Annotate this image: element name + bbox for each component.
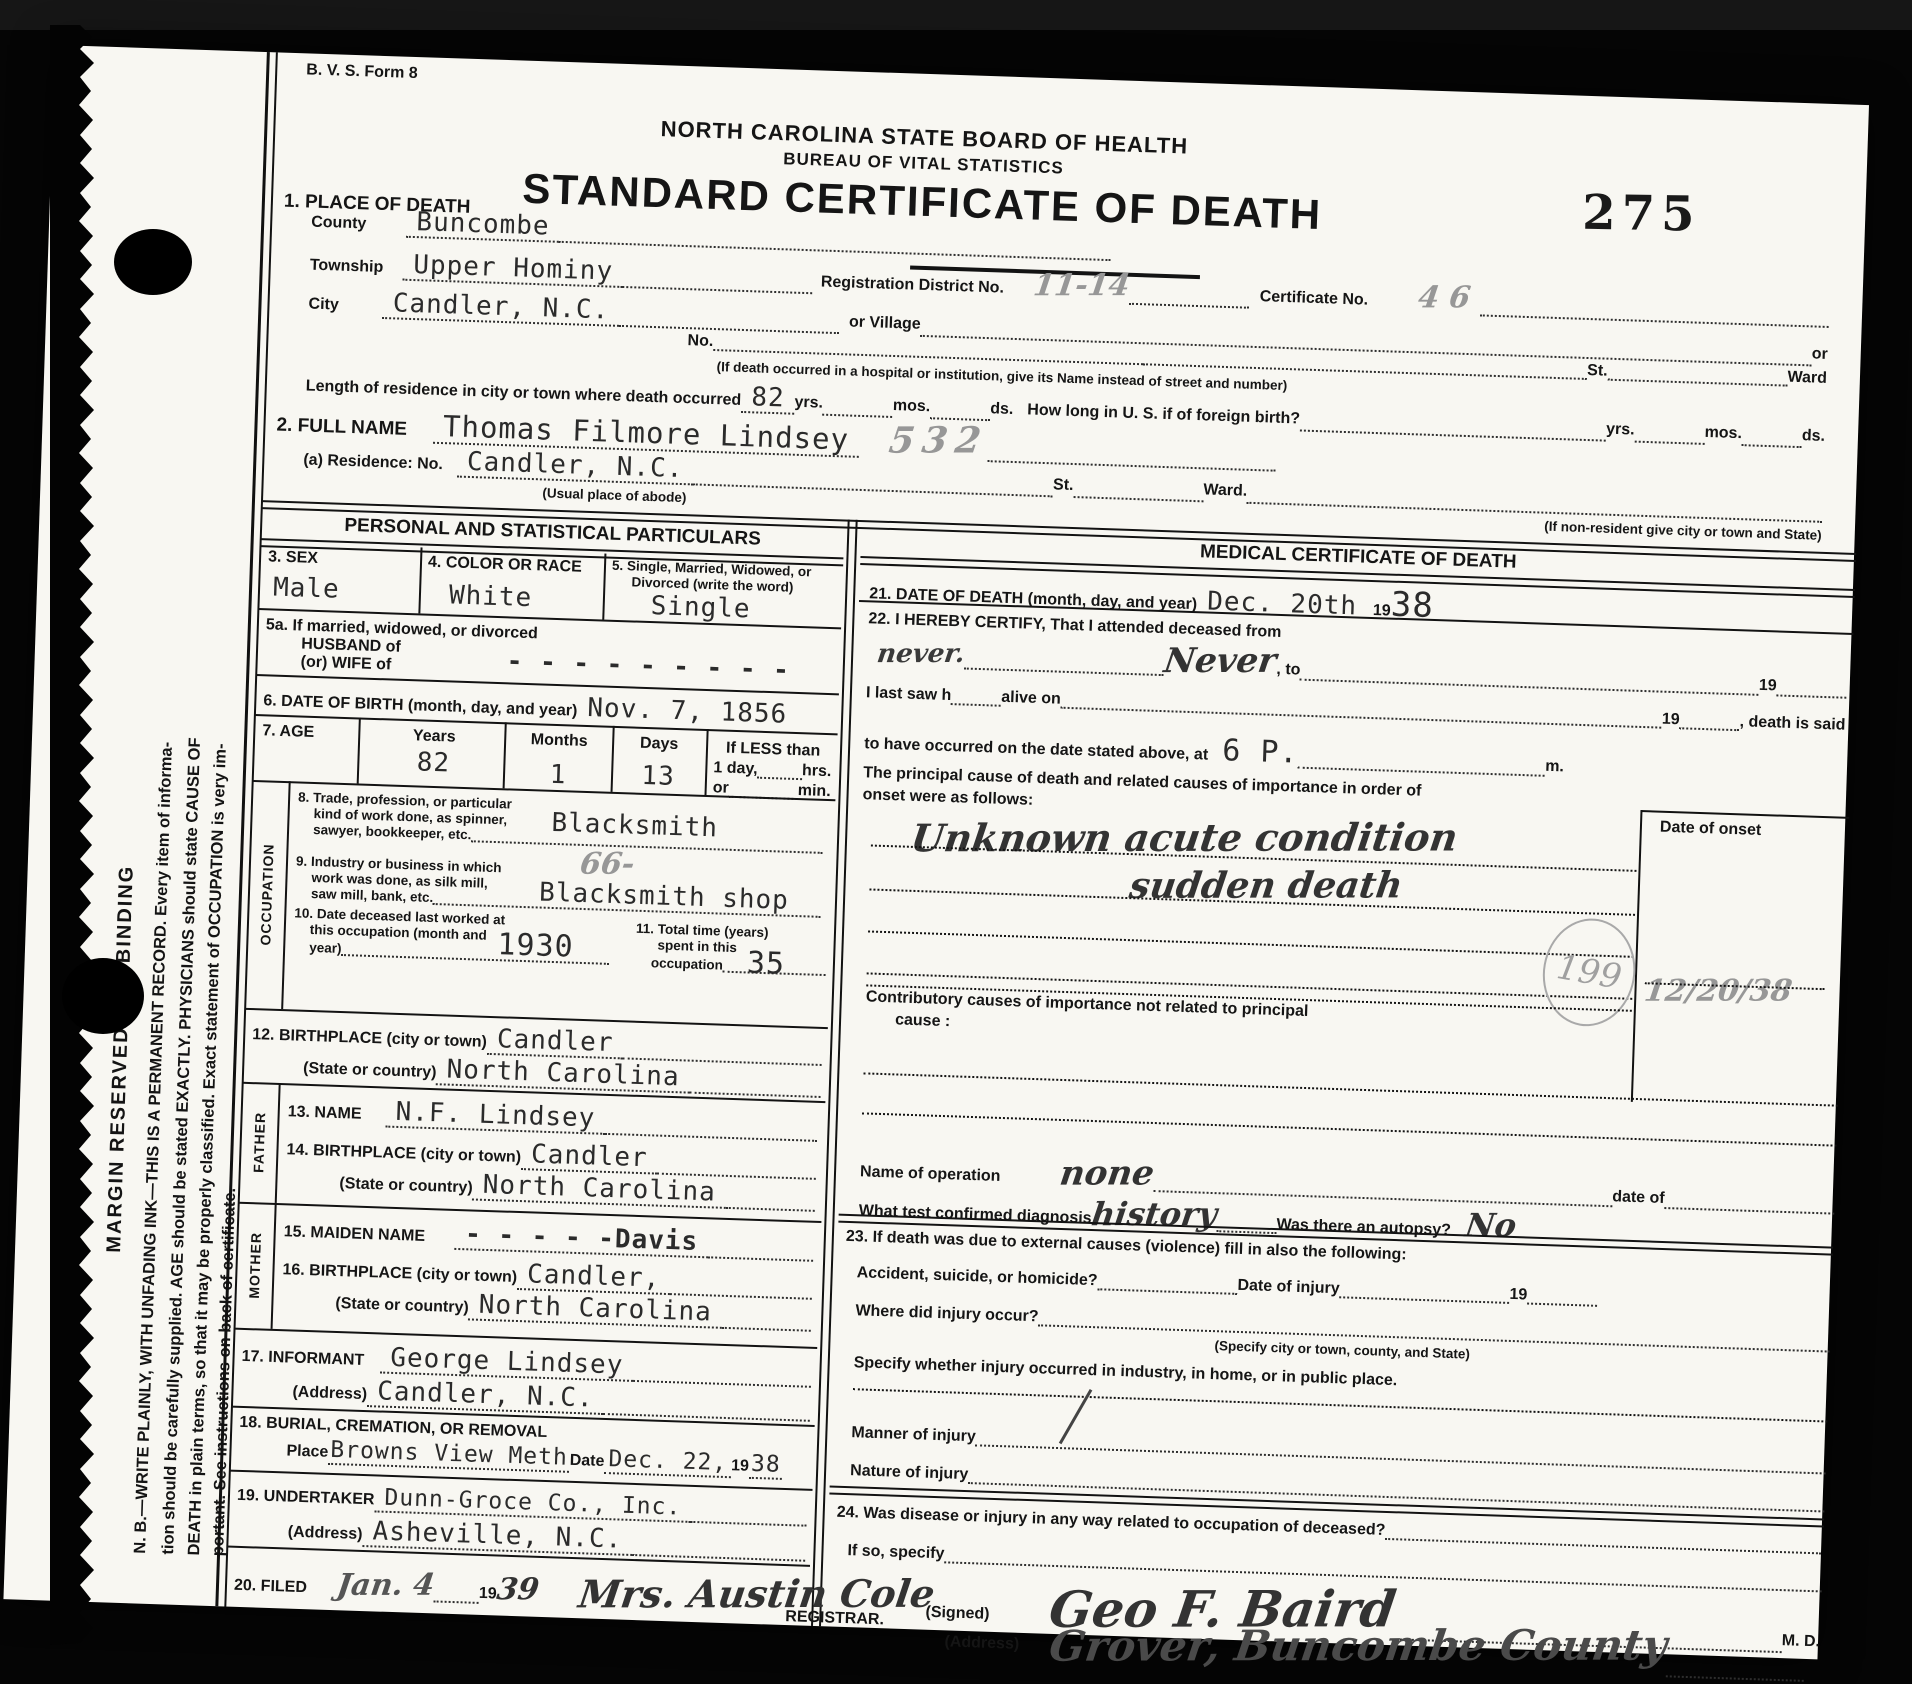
form-code: B. V. S. Form 8 [306,61,418,83]
registrar-label: REGISTRAR. [785,1608,884,1629]
industry-label-3: saw mill, bank, etc. [311,886,434,905]
abode-note: (Usual place of abode) [542,485,686,505]
age-years-value: 82 [416,749,450,776]
manner-of-injury-label: Manner of injury [851,1424,976,1446]
occupation-side-cell: OCCUPATION [245,780,291,1009]
if-so-specify-label: If so, specify [847,1542,944,1563]
burial-label: 18. BURIAL, CREMATION, OR REMOVAL [239,1414,547,1442]
residence-label: (a) Residence: No. [303,451,443,474]
race-label: 4. COLOR OR RACE [428,554,582,577]
totaltime-label-1: 11. Total time (years) [636,921,769,940]
date-of-onset-label: Date of onset [1660,819,1762,840]
mother-state-value: North Carolina [468,1291,722,1328]
where-injury-label: Where did injury occur? [855,1302,1039,1326]
mother-bp-label: 16. BIRTHPLACE (city or town) [282,1261,517,1287]
birthplace-state-value: North Carolina [436,1056,690,1093]
registration-district-value: 11-14 [1032,271,1132,301]
sex-value: Male [273,575,340,603]
residence-st-label: St. [1053,476,1074,495]
nonresident-note: (If non-resident give city or town and S… [1544,519,1822,543]
date-of-onset-box [1631,810,1850,1109]
informant-address-value: Candler, N.C. [367,1378,604,1415]
industry-value: Blacksmith shop [539,880,790,914]
totaltime-label-2: spent in this [657,937,737,955]
city-label: City [308,296,339,315]
birthplace-value: Candler [486,1026,623,1060]
mos-label-2: mos. [1704,424,1742,443]
father-name-label: 13. NAME [287,1103,361,1123]
if-less-label-1: If LESS than [726,740,821,761]
attended-from-hw: never. [875,641,966,667]
registrar-signature: Mrs. Austin Cole [576,1575,937,1614]
registration-district-label: Registration District No. [821,274,1005,298]
occupation-side-label: OCCUPATION [257,843,276,946]
physician-address-label: (Address) [944,1633,1019,1653]
scanned-death-certificate: MARGIN RESERVED FOR BINDING N. B.—WRITE … [0,0,1912,1684]
occurred-time-value: 6 P. [1222,736,1299,769]
operation-date-of-label: date of [1612,1188,1665,1208]
burial-date-label: Date [569,1452,604,1471]
certificate-no-label: Certificate No. [1259,288,1368,309]
if-less-label-2: 1 day, [713,759,758,778]
to-label: , to [1276,661,1301,680]
filed-day-hw: Jan. 4 [335,1571,436,1601]
county-value: Buncombe [406,209,560,243]
mother-side-cell: MOTHER [235,1202,277,1329]
dob-value: Nov. 7, 1856 [587,695,788,728]
hrs-label: hrs. [802,762,832,781]
mos-label-1: mos. [893,397,931,416]
father-state-label: (State or country) [339,1175,473,1197]
cause-line-3 [868,930,1634,957]
filed-label: 20. FILED [234,1577,307,1597]
injury-date-label: Date of injury [1237,1277,1340,1298]
age-cell-line-1 [357,717,361,783]
cause-of-death-hw-1: Unknown acute condition [909,818,1460,857]
form-content: B. V. S. Form 8 NORTH CAROLINA STATE BOA… [225,52,1871,1659]
burial-date-value: Dec. 22, [604,1448,732,1478]
st-label: St. [1587,362,1608,381]
specify-city-note: (Specify city or town, county, and State… [1214,1338,1470,1362]
mother-name-label: 15. MAIDEN NAME [283,1223,425,1246]
father-bp-value: Candler [521,1141,658,1175]
or-label: or [1811,345,1828,363]
township-value: Upper Hominy [403,252,624,288]
undertaker-address-label: (Address) [288,1524,363,1544]
informant-address-label: (Address) [292,1384,367,1404]
father-state-value: North Carolina [472,1171,726,1208]
residence-ward-label: Ward. [1203,481,1247,500]
injury-19-label: 19 [1509,1286,1527,1304]
mother-state-label: (State or country) [335,1295,469,1317]
age-days-label: Days [640,735,679,754]
lastsaw-label-1: I last saw h [866,684,952,705]
ds-label-1: ds. [990,400,1014,419]
birthplace-state-label: (State or country) [303,1060,437,1082]
onset-date-hw: 12/20/38 [1642,977,1793,1007]
undertaker-address-value: Asheville, N.C. [362,1518,633,1556]
mother-name-value: - - - - -Davis [455,1221,709,1258]
operation-label: Name of operation [860,1163,1001,1186]
township-label: Township [310,257,384,277]
occurred-label: to have occurred on the date stated abov… [864,735,1208,764]
trade-pencil-note: 66- [578,850,636,880]
age-days-value: 13 [641,763,675,790]
cell-line-2 [602,553,606,619]
punch-hole-bottom [62,958,144,1034]
city-value: Candler, N.C. [382,290,619,327]
operation-hw: none [1058,1156,1156,1190]
age-months-label: Months [530,731,587,751]
birthplace-label: 12. BIRTHPLACE (city or town) [252,1026,487,1052]
age-years-label: Years [413,727,456,746]
filed-19-label: 19 [479,1585,497,1603]
certificate-paper: MARGIN RESERVED FOR BINDING N. B.—WRITE … [3,45,1869,1659]
yrs-label-1: yrs. [794,394,823,413]
full-name-label: 2. FULL NAME [276,415,407,441]
foreign-birth-label: How long in U. S. if of foreign birth? [1027,401,1300,428]
undertaker-label: 19. UNDERTAKER [237,1487,375,1509]
burial-19-label: 19 [731,1457,749,1475]
nature-of-injury-label: Nature of injury [850,1462,969,1484]
ward-label: Ward [1787,369,1827,388]
specify-note: Specify whether injury occurred in indus… [853,1354,1397,1390]
certificate-no-value: 46 [1416,283,1482,313]
scan-top-band [0,0,1912,30]
sex-label: 3. SEX [268,548,318,568]
informant-value: George Lindsey [380,1345,634,1382]
m-label: m. [1545,758,1564,777]
father-side-cell: FATHER [239,1082,281,1203]
wife-of-label: (or) WIFE of [300,653,391,674]
totaltime-label-3: occupation [651,955,723,972]
father-side-label: FATHER [250,1112,268,1173]
trade-value: Blacksmith [551,810,718,842]
lastworked-value: 1930 [497,930,574,963]
totaltime-value: 35 [746,948,785,979]
punch-hole-top [114,229,192,295]
father-bp-label: 14. BIRTHPLACE (city or town) [286,1141,521,1167]
accident-label: Accident, suicide, or homicide? [856,1264,1097,1290]
village-label: or Village [849,313,921,333]
father-name-value: N.F. Lindsey [385,1099,606,1135]
stamp-number: 275 [1582,185,1701,243]
informant-label: 17. INFORMANT [241,1348,364,1370]
mother-side-label: MOTHER [246,1232,264,1299]
marital-value: Single [650,593,751,622]
street-no-label: No. [687,332,713,351]
physician-address-hw: Grover, Buncombe County [1046,1625,1669,1668]
burial-place-value: Browns View Meth [328,1439,570,1473]
to-19-label: 19 [1759,677,1777,695]
residence-value: Candler, N.C. [456,449,693,486]
burial-place-label: Place [286,1442,328,1461]
mother-bp-value: Candler, [517,1261,671,1295]
principal-cause-label-2: onset were as follows: [862,786,1033,810]
blank-line-2 [862,1112,1837,1146]
lastworked-label-3: year) [309,940,342,956]
residence-length-value: 82 [741,384,795,415]
race-value: White [449,582,533,611]
torn-film-edge [50,25,110,1645]
ds-label-2: ds. [1802,427,1826,446]
specify-line [853,1388,1828,1422]
contributory-label-2: cause : [895,1011,951,1031]
s5a-value: - - - - - - - - - [506,648,790,683]
lastsaw-19-label: 19 [1662,711,1680,729]
county-label: County [311,214,367,234]
death-said-label: , death is said [1739,713,1845,734]
age-label: 7. AGE [262,722,314,742]
filed-year-hw: 39 [495,1575,541,1605]
cause-code-pencil-circle: 199 [1534,911,1643,1033]
cell-line-1 [418,547,422,613]
attended-to-hw: Never [1162,644,1279,678]
burial-year-value: 38 [748,1453,783,1480]
full-name-pencil-number: 532 [887,422,991,458]
yrs-label-2: yrs. [1606,421,1635,440]
age-months-value: 1 [549,762,567,789]
lastsaw-label-2: alive on [1001,689,1061,709]
age-cell-line-4 [704,729,708,795]
